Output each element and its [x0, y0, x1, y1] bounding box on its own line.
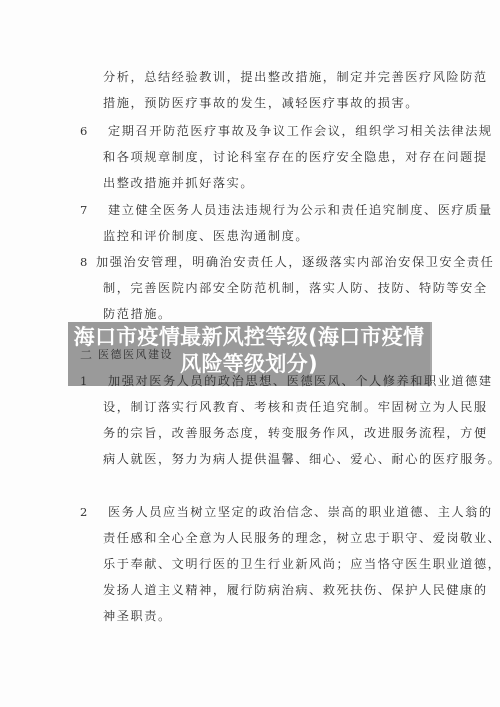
text-line: 和各项规章制度，讨论科室存在的医疗安全隐患，对存在问题提 [103, 150, 488, 164]
text-line: 建立健全医务人员违法违规行为公示和责任追究制度、医疗质量 [108, 203, 493, 217]
text-line: 监控和评价制度、医患沟通制度。 [103, 229, 309, 243]
text-line: 分析，总结经验教训，提出整改措施，制定并完善医疗风险防范 [103, 70, 488, 84]
text-line: 防范措施。 [103, 307, 172, 321]
text-line: 发扬人道主义精神，履行防病治病、救死扶伤、保护人民健康的 [103, 583, 488, 597]
text-line: 务的宗旨，改善服务态度，转变服务作风，改进服务流程，方便 [103, 426, 488, 440]
text-line: 设，制订落实行风教育、考核和责任追究制。牢固树立为人民服 [103, 400, 488, 414]
item-number: 8 [80, 255, 87, 269]
banner-title: 海口市疫情最新风控等级(海口市疫情风险等级划分) [68, 324, 430, 378]
document-page: 分析，总结经验教训，提出整改措施，制定并完善医疗风险防范 措施，预防医疗事故的发… [0, 0, 500, 707]
text-line: 病人就医，努力为病人提供温馨、细心、爱心、耐心的医疗服务。 [103, 452, 500, 466]
text-line: 责任感和全心全意为人民服务的理念，树立忠于职守、爱岗敬业、 [103, 531, 500, 545]
text-line: 制，完善医院内部安全防范机制，落实人防、技防、特防等安全 [103, 281, 488, 295]
item-number: 6 [80, 124, 87, 138]
title-banner: 海口市疫情最新风控等级(海口市疫情风险等级划分) [68, 322, 432, 386]
text-line: 定期召开防范医疗事故及争议工作会议，组织学习相关法律法规 [108, 124, 493, 138]
text-line: 神圣职责。 [103, 609, 172, 623]
item-number: 7 [80, 203, 87, 217]
text-line: 乐于奉献、文明行医的卫生行业新风尚；应当恪守医生职业道德， [103, 557, 500, 571]
text-line: 加强治安管理，明确治安责任人，逐级落实内部治安保卫安全责任 [96, 255, 494, 269]
text-line: 医务人员应当树立坚定的政治信念、崇高的职业道德、主人翁的 [108, 505, 493, 519]
item-number: 2 [80, 505, 87, 519]
text-line: 措施，预防医疗事故的发生，减轻医疗事故的损害。 [103, 96, 419, 110]
text-line: 出整改措施并抓好落实。 [103, 176, 254, 190]
